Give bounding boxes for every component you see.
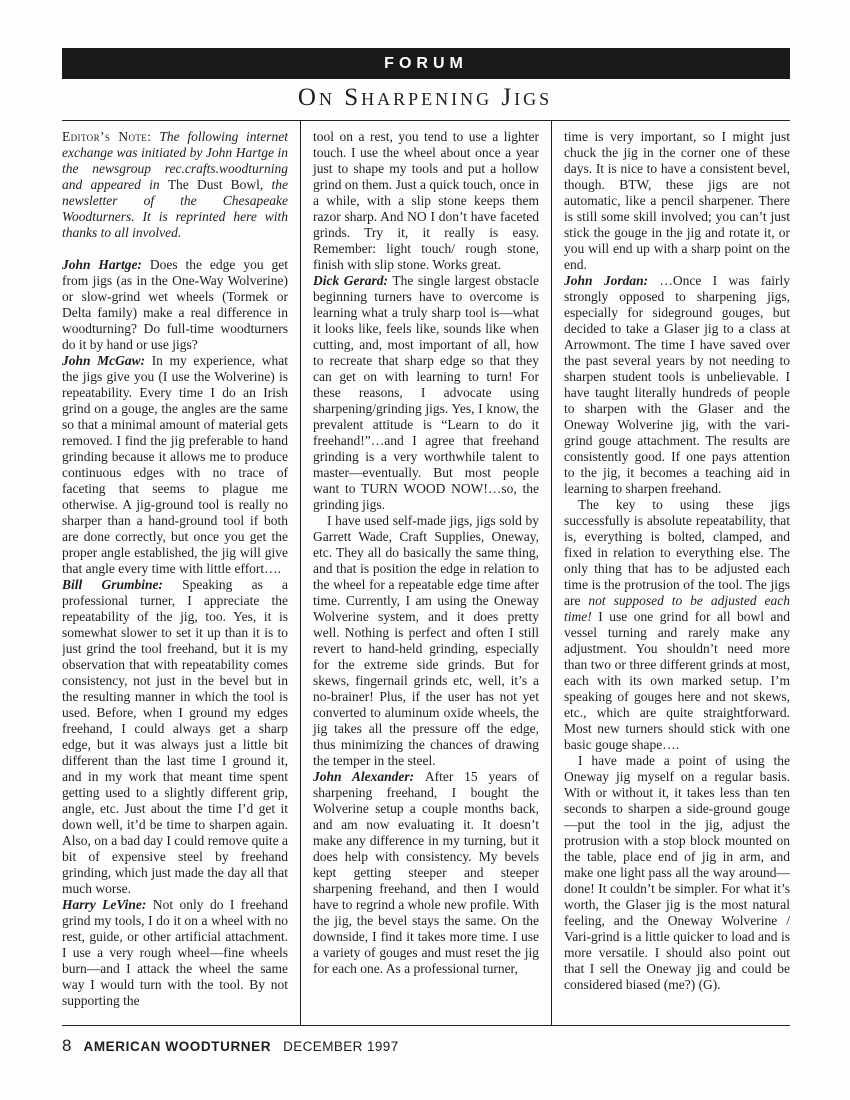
paragraph: Dick Gerard: The single largest obstacle…: [313, 273, 539, 513]
text-segment: John Hartge:: [62, 257, 150, 272]
text-segment: I use one grind for all bowl and vessel …: [564, 609, 790, 752]
page-footer: 8 AMERICAN WOODTURNER DECEMBER 1997: [62, 1036, 790, 1056]
text-segment: …Once I was fairly strongly opposed to s…: [564, 273, 790, 496]
column-1: Editor’s Note: The following internet ex…: [62, 121, 300, 1025]
text-segment: Editor’s Note:: [62, 129, 159, 144]
text-segment: Speaking as a professional turner, I app…: [62, 577, 288, 896]
text-segment: John Alexander:: [313, 769, 425, 784]
paragraph: John Jordan: …Once I was fairly strongly…: [564, 273, 790, 497]
text-segment: After 15 years of sharpening freehand, I…: [313, 769, 539, 976]
paragraph: tool on a rest, you tend to use a lighte…: [313, 129, 539, 273]
text-segment: I have made a point of using the Oneway …: [564, 753, 790, 992]
magazine-page: FORUM On Sharpening Jigs Editor’s Note: …: [0, 0, 850, 1100]
forum-banner: FORUM: [62, 48, 790, 79]
text-segment: Not only do I freehand grind my tools, I…: [62, 897, 288, 1008]
paragraph: I have made a point of using the Oneway …: [564, 753, 790, 993]
page-number: 8: [62, 1036, 71, 1056]
column-2: tool on a rest, you tend to use a lighte…: [300, 121, 551, 1025]
text-segment: tool on a rest, you tend to use a lighte…: [313, 129, 539, 272]
text-segment: The Dust Bowl,: [168, 177, 272, 192]
text-segment: John McGaw:: [62, 353, 152, 368]
paragraph: John Hartge: Does the edge you get from …: [62, 257, 288, 353]
text-segment: time is very important, so I might just …: [564, 129, 790, 272]
issue-date: DECEMBER 1997: [283, 1039, 399, 1054]
text-segment: In my experience, what the jigs give you…: [62, 353, 288, 576]
paragraph: I have used self-made jigs, jigs sold by…: [313, 513, 539, 769]
text-segment: The single largest obstacle beginning tu…: [313, 273, 539, 512]
paragraph: John Alexander: After 15 years of sharpe…: [313, 769, 539, 977]
magazine-name: AMERICAN WOODTURNER: [83, 1039, 271, 1054]
text-segment: The key to using these jigs successfully…: [564, 497, 790, 608]
article-title: On Sharpening Jigs: [0, 84, 850, 112]
paragraph: John McGaw: In my experience, what the j…: [62, 353, 288, 577]
text-segment: Bill Grumbine:: [62, 577, 182, 592]
paragraph: The key to using these jigs successfully…: [564, 497, 790, 753]
text-segment: John Jordan:: [564, 273, 659, 288]
paragraph: Editor’s Note: The following internet ex…: [62, 129, 288, 241]
forum-banner-label: FORUM: [384, 55, 468, 73]
text-segment: Dick Gerard:: [313, 273, 392, 288]
text-segment: I have used self-made jigs, jigs sold by…: [313, 513, 539, 768]
paragraph: Harry LeVine: Not only do I freehand gri…: [62, 897, 288, 1009]
column-3: time is very important, so I might just …: [551, 121, 790, 1025]
paragraph: Bill Grumbine: Speaking as a professiona…: [62, 577, 288, 897]
article-body: Editor’s Note: The following internet ex…: [62, 120, 790, 1026]
text-segment: Harry LeVine:: [62, 897, 153, 912]
paragraph: time is very important, so I might just …: [564, 129, 790, 273]
